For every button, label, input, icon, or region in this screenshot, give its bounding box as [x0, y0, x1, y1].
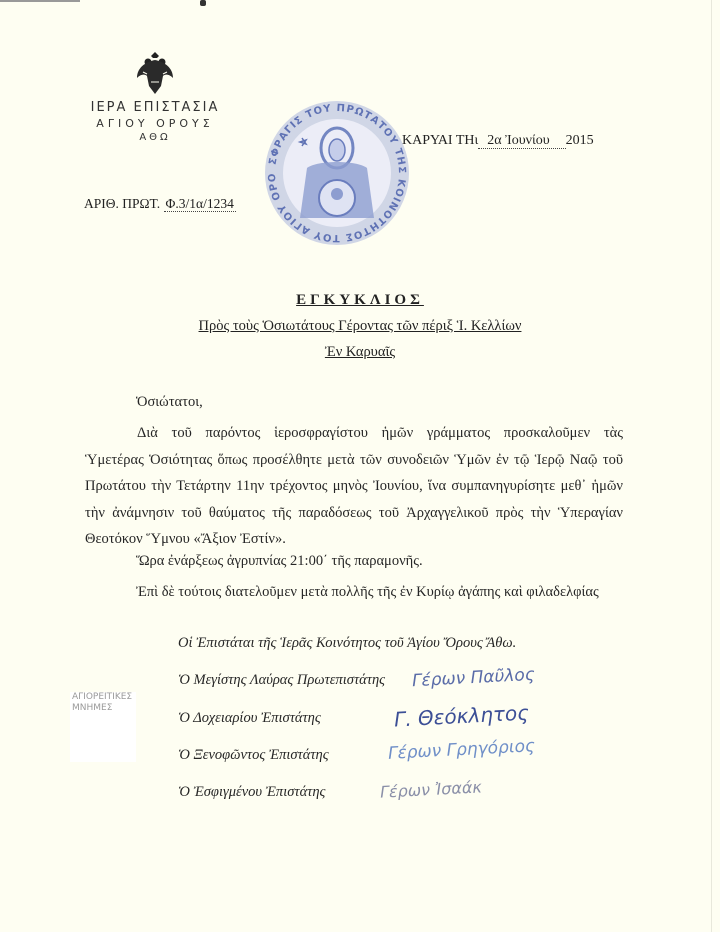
closing-formula: Ἐπὶ δὲ τούτοις διατελοῦμεν μετὰ πολλῆς τ…: [136, 584, 599, 601]
signature-row: Ὁ Ἐσφιγμένου Ἐπιστάτης: [178, 784, 325, 801]
double-headed-eagle-icon: [135, 52, 175, 96]
handwritten-signature: Γέρων Γρηγόριος: [388, 736, 536, 764]
signature-row: Ὁ Δοχειαρίου Ἐπιστάτης: [178, 710, 321, 727]
paragraph-line: Πρωτάτου τὴν Τετάρτην 11ην τρέχοντος μην…: [85, 473, 623, 500]
signatories-header: Οἱ Ἐπιστάται τῆς Ἱερᾶς Κοινότητος τοῦ Ἁγ…: [178, 635, 516, 652]
page-edge: [0, 0, 80, 2]
letterhead: ΙΕΡΑ ΕΠΙΣΤΑΣΙΑ ΑΓΙΟΥ ΟΡΟΥΣ ΑΘΩ: [70, 52, 240, 143]
date-day-month: 2α Ἰουνίου: [478, 133, 565, 149]
signatory-title: Ὁ Ξενοφῶντος Ἐπιστάτης: [178, 747, 329, 763]
official-seal-icon: ΣΦΡΑΓΙΣ ΤΟΥ ΠΡΩΤΑΤΟΥ ΤΗΣ ΚΟΙΝΟΤΗΤΟΣ ΤΟΥ …: [262, 98, 412, 248]
letterhead-place: ΑΘΩ: [70, 132, 240, 143]
watermark-box: ΑΓΙΟΡΕΙΤΙΚΕΣ ΜΝΗΜΕΣ: [70, 692, 136, 762]
scan-mark: [200, 0, 206, 6]
signatory-title: Ὁ Δοχειαρίου Ἐπιστάτης: [178, 710, 321, 726]
letterhead-subtitle: ΑΓΙΟΥ ΟΡΟΥΣ: [70, 117, 240, 130]
main-paragraph: Διὰ τοῦ παρόντος ἱεροσφραγίστου ἡμῶν γρά…: [85, 420, 623, 553]
document-title: ΕΓΚΥΚΛΙΟΣ: [0, 292, 720, 309]
date-line: ΚΑΡΥΑΙ ΤΗι 2α Ἰουνίου 2015: [402, 133, 594, 149]
signature-row: Ὁ Μεγίστης Λαύρας Πρωτεπιστάτης: [178, 672, 385, 689]
paragraph-line: Ὑμετέρας Ὁσιότητας ὅπως προσέλθητε μετὰ …: [85, 447, 623, 474]
protocol-label: ΑΡΙΘ. ΠΡΩΤ.: [84, 196, 160, 211]
signature-row: Ὁ Ξενοφῶντος Ἐπιστάτης: [178, 747, 329, 764]
document-recipients: Πρὸς τοὺς Ὁσιωτάτους Γέροντας τῶν πέριξ …: [0, 318, 720, 335]
watermark-line: ΑΓΙΟΡΕΙΤΙΚΕΣ: [70, 692, 136, 703]
salutation: Ὁσιώτατοι,: [136, 394, 203, 411]
paragraph-line: τὴν ἀνάμνησιν τοῦ θαύματος τῆς παραδόσεω…: [85, 500, 623, 527]
date-prefix: ΚΑΡΥΑΙ ΤΗι: [402, 133, 478, 148]
handwritten-signature: Γ. Θεόκλητος: [393, 700, 529, 731]
vigil-time: Ὥρα ἐνάρξεως ἀγρυπνίας 21:00΄ τῆς παραμο…: [136, 553, 423, 570]
letterhead-title: ΙΕΡΑ ΕΠΙΣΤΑΣΙΑ: [70, 100, 240, 115]
protocol-number: ΑΡΙΘ. ΠΡΩΤ. Φ.3/1α/1234: [84, 196, 236, 212]
protocol-value: Φ.3/1α/1234: [164, 196, 236, 212]
document-place: Ἐν Καρυαῖς: [0, 344, 720, 361]
handwritten-signature: Γέρων Ἰσαάκ: [380, 777, 483, 801]
page-edge-right: [711, 0, 712, 932]
date-year: 2015: [566, 133, 594, 148]
paragraph-line: Διὰ τοῦ παρόντος ἱεροσφραγίστου ἡμῶν γρά…: [85, 420, 623, 447]
watermark-line: ΜΝΗΜΕΣ: [70, 703, 136, 714]
paragraph-line: Θεοτόκον Ὕμνου «Ἄξιον Ἐστίν».: [85, 526, 623, 553]
signatory-title: Ὁ Μεγίστης Λαύρας Πρωτεπιστάτης: [178, 672, 385, 688]
handwritten-signature: Γέρων Παῦλος: [412, 665, 536, 691]
signatory-title: Ὁ Ἐσφιγμένου Ἐπιστάτης: [178, 784, 325, 800]
